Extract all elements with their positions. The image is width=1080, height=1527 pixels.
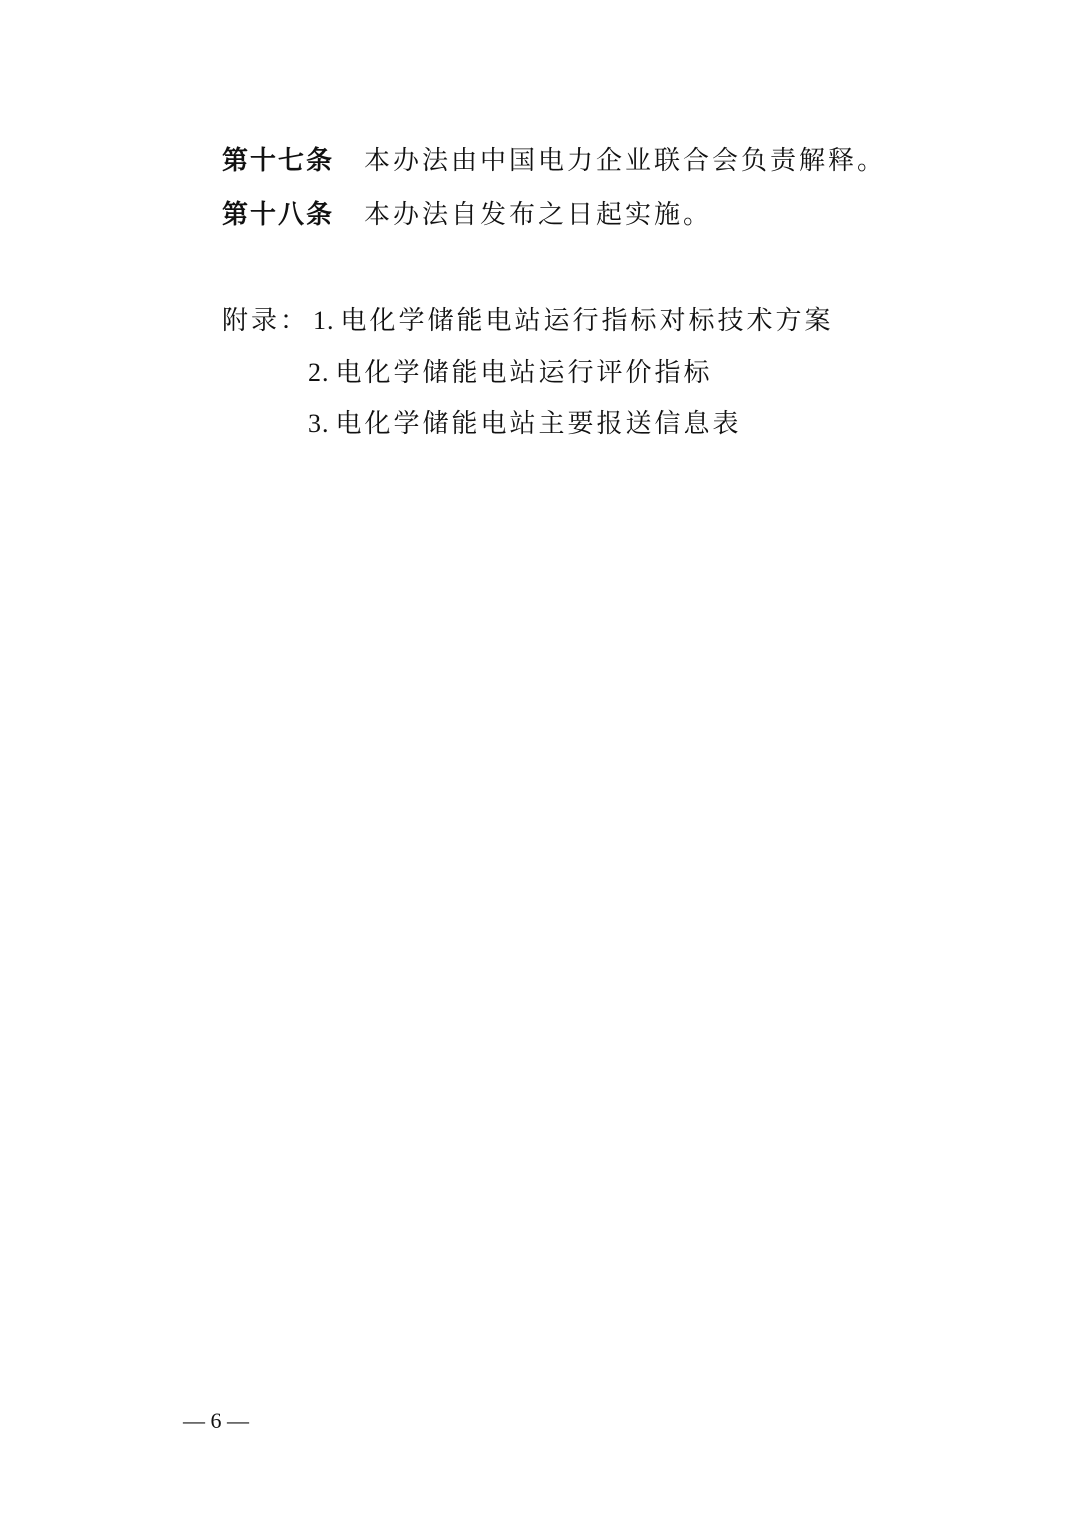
article-17: 第十七条本办法由中国电力企业联合会负责解释。	[222, 144, 886, 178]
appendix-item-number: 1.	[313, 306, 335, 335]
appendix-item-1: 附录：1.电化学储能电站运行指标对标技术方案	[222, 304, 834, 338]
appendix-item-3: 3.电化学储能电站主要报送信息表	[308, 407, 742, 441]
article-17-heading: 第十七条	[222, 146, 334, 176]
article-18-heading: 第十八条	[222, 200, 334, 230]
article-17-text: 本办法由中国电力企业联合会负责解释。	[364, 146, 886, 176]
appendix-item-title: 电化学储能电站运行指标对标技术方案	[341, 306, 834, 336]
appendix-label: 附录：	[222, 306, 309, 336]
appendix-item-number: 2.	[308, 358, 330, 387]
appendix-item-2: 2.电化学储能电站运行评价指标	[308, 356, 713, 390]
appendix-item-title: 电化学储能电站运行评价指标	[336, 358, 713, 388]
article-18: 第十八条本办法自发布之日起实施。	[222, 198, 712, 232]
page-number: — 6 —	[183, 1406, 249, 1436]
appendix-item-title: 电化学储能电站主要报送信息表	[336, 409, 742, 439]
article-18-text: 本办法自发布之日起实施。	[364, 200, 712, 230]
appendix-item-number: 3.	[308, 409, 330, 438]
